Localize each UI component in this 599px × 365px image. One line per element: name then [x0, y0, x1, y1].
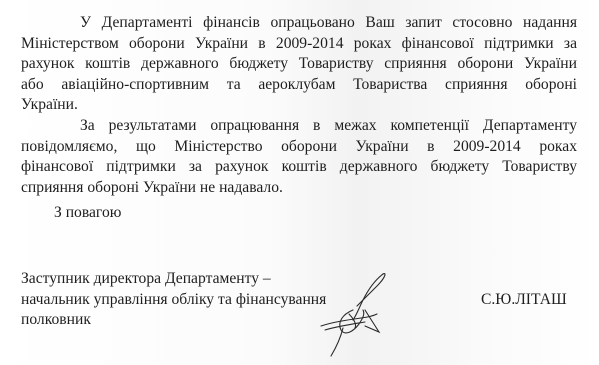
- text-line: повідомляємо, що Міністерство оборони Ук…: [21, 137, 577, 158]
- paragraph-request: У Департаменті фінансів опрацьовано Ваш …: [21, 13, 577, 116]
- signatory-title-line: Заступник директора Департаменту –: [21, 269, 326, 290]
- signatory-title: Заступник директора Департаменту – начал…: [21, 269, 326, 331]
- text-line: рахунок коштів державного бюджету Товари…: [21, 54, 577, 75]
- paragraph-result: За результатами опрацювання в межах комп…: [21, 116, 577, 198]
- signatory-rank: полковник: [21, 310, 326, 331]
- signatory-title-line: начальник управління обліку та фінансува…: [21, 290, 326, 311]
- closing-greeting: З повагою: [54, 204, 121, 222]
- text-line: У Департаменті фінансів опрацьовано Ваш …: [21, 13, 577, 34]
- text-line: сприяння обороні України не надавало.: [21, 178, 577, 199]
- text-line: Міністерством оборони України в 2009-201…: [21, 34, 577, 55]
- text-line: або авіаційно-спортивним та аероклубам Т…: [21, 75, 577, 96]
- text-line: фінансової підтримки за рахунок коштів д…: [21, 157, 577, 178]
- letter-page: У Департаменті фінансів опрацьовано Ваш …: [0, 0, 599, 365]
- signatory-name: С.Ю.ЛІТАШ: [481, 291, 567, 309]
- handwritten-signature-icon: [313, 270, 393, 360]
- text-line: України.: [21, 95, 577, 116]
- text-line: За результатами опрацювання в межах комп…: [21, 116, 577, 137]
